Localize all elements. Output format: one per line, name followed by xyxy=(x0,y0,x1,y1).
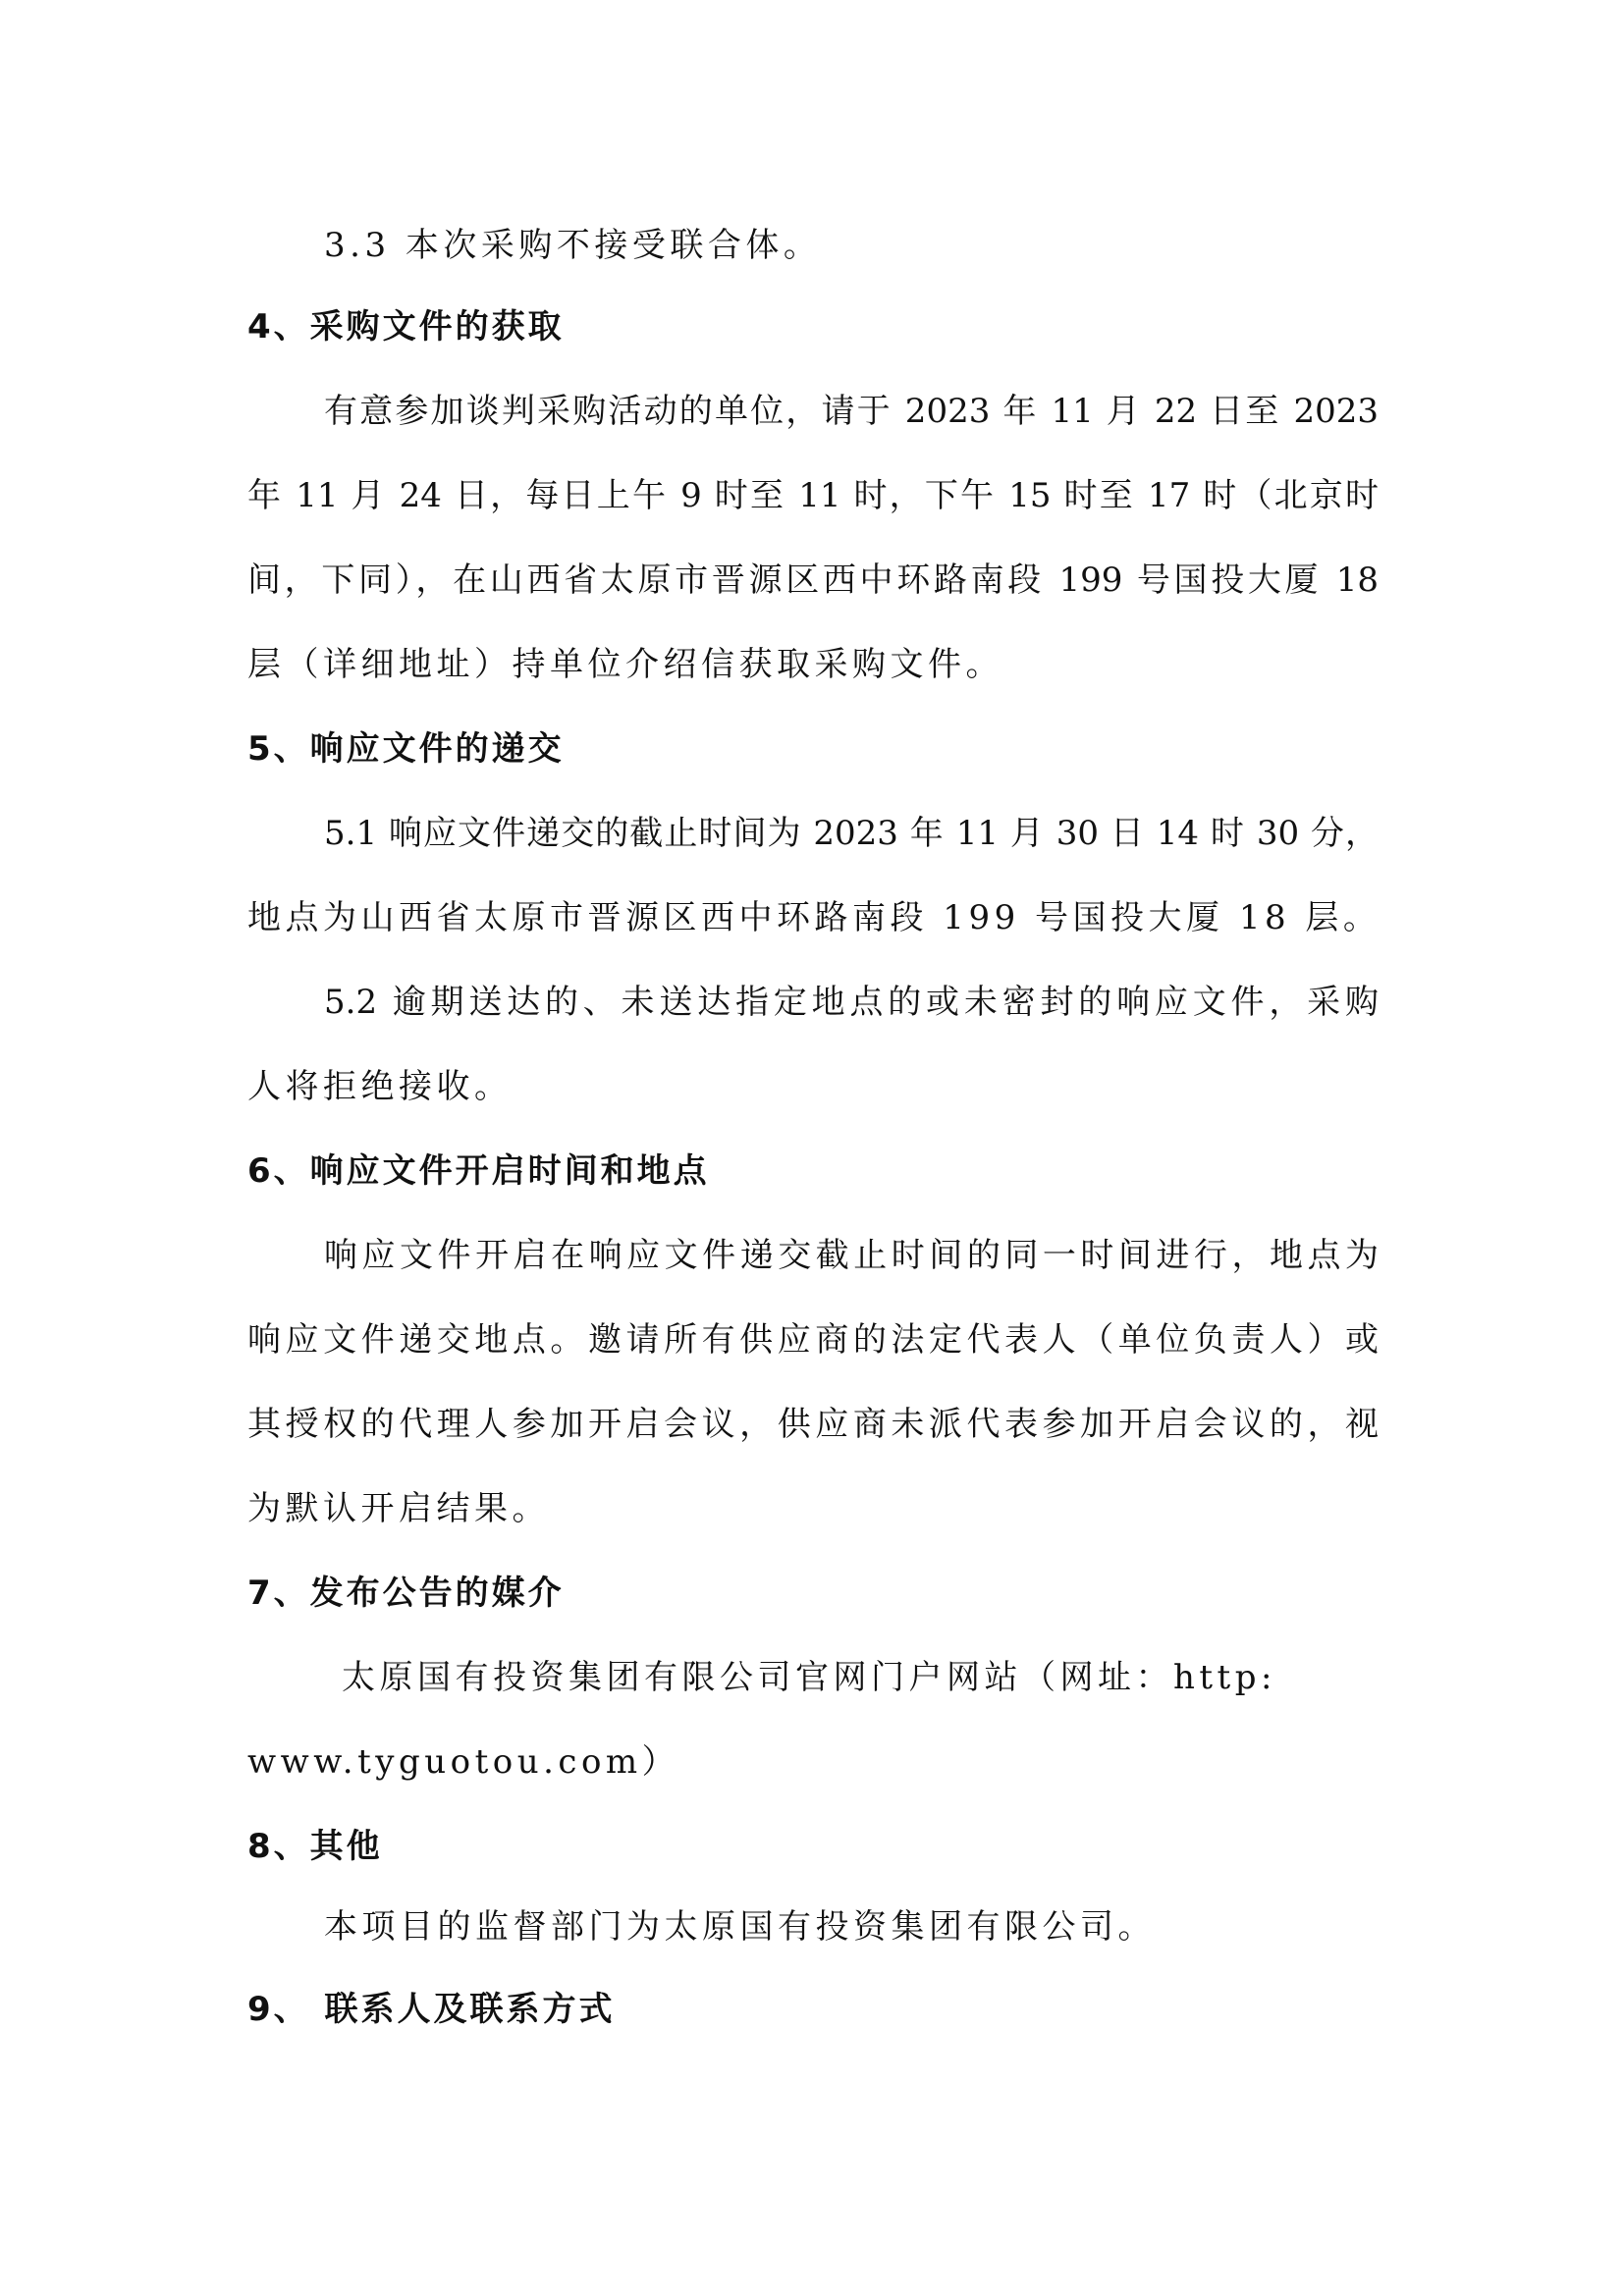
website-url[interactable]: www.tyguotou.com） xyxy=(247,1742,679,1782)
section-heading-4: 4、采购文件的获取 xyxy=(247,307,565,347)
section-6-line-3: 其授权的代理人参加开启会议，供应商未派代表参加开启会议的，视 xyxy=(247,1405,1379,1444)
section-6-line-1: 响应文件开启在响应文件递交截止时间的同一时间进行，地点为 xyxy=(324,1236,1379,1275)
clause-5-1-line-1: 5.1 响应文件递交的截止时间为 2023 年 11 月 30 日 14 时 3… xyxy=(324,814,1379,853)
section-6-line-2: 响应文件递交地点。邀请所有供应商的法定代表人（单位负责人）或 xyxy=(247,1320,1379,1360)
section-heading-5: 5、响应文件的递交 xyxy=(247,729,565,769)
section-heading-8: 8、其他 xyxy=(247,1827,383,1866)
clause-5-1-line-2: 地点为山西省太原市晋源区西中环路南段 199 号国投大厦 18 层。 xyxy=(247,898,1380,937)
section-8-line-1: 本项目的监督部门为太原国有投资集团有限公司。 xyxy=(324,1907,1156,1947)
section-4-line-1: 有意参加谈判采购活动的单位，请于 2023 年 11 月 22 日至 2023 xyxy=(324,392,1379,431)
section-heading-7: 7、发布公告的媒介 xyxy=(247,1574,565,1613)
section-4-line-2: 年 11 月 24 日，每日上午 9 时至 11 时，下午 15 时至 17 时… xyxy=(247,476,1379,515)
section-7-line-1: 太原国有投资集团有限公司官网门户网站（网址：http: xyxy=(342,1658,1276,1697)
section-4-line-4: 层（详细地址）持单位介绍信获取采购文件。 xyxy=(247,645,1003,684)
clause-3-3: 3.3 本次采购不接受联合体。 xyxy=(324,226,821,265)
section-heading-6: 6、响应文件开启时间和地点 xyxy=(247,1151,710,1191)
clause-5-2-line-2: 人将拒绝接收。 xyxy=(247,1067,513,1106)
section-6-line-4: 为默认开启结果。 xyxy=(247,1489,550,1528)
clause-5-2-line-1: 5.2 逾期送达的、未送达指定地点的或未密封的响应文件，采购 xyxy=(324,983,1379,1022)
section-heading-9: 9、 联系人及联系方式 xyxy=(247,1990,616,2029)
section-4-line-3: 间，下同），在山西省太原市晋源区西中环路南段 199 号国投大厦 18 xyxy=(247,561,1379,600)
